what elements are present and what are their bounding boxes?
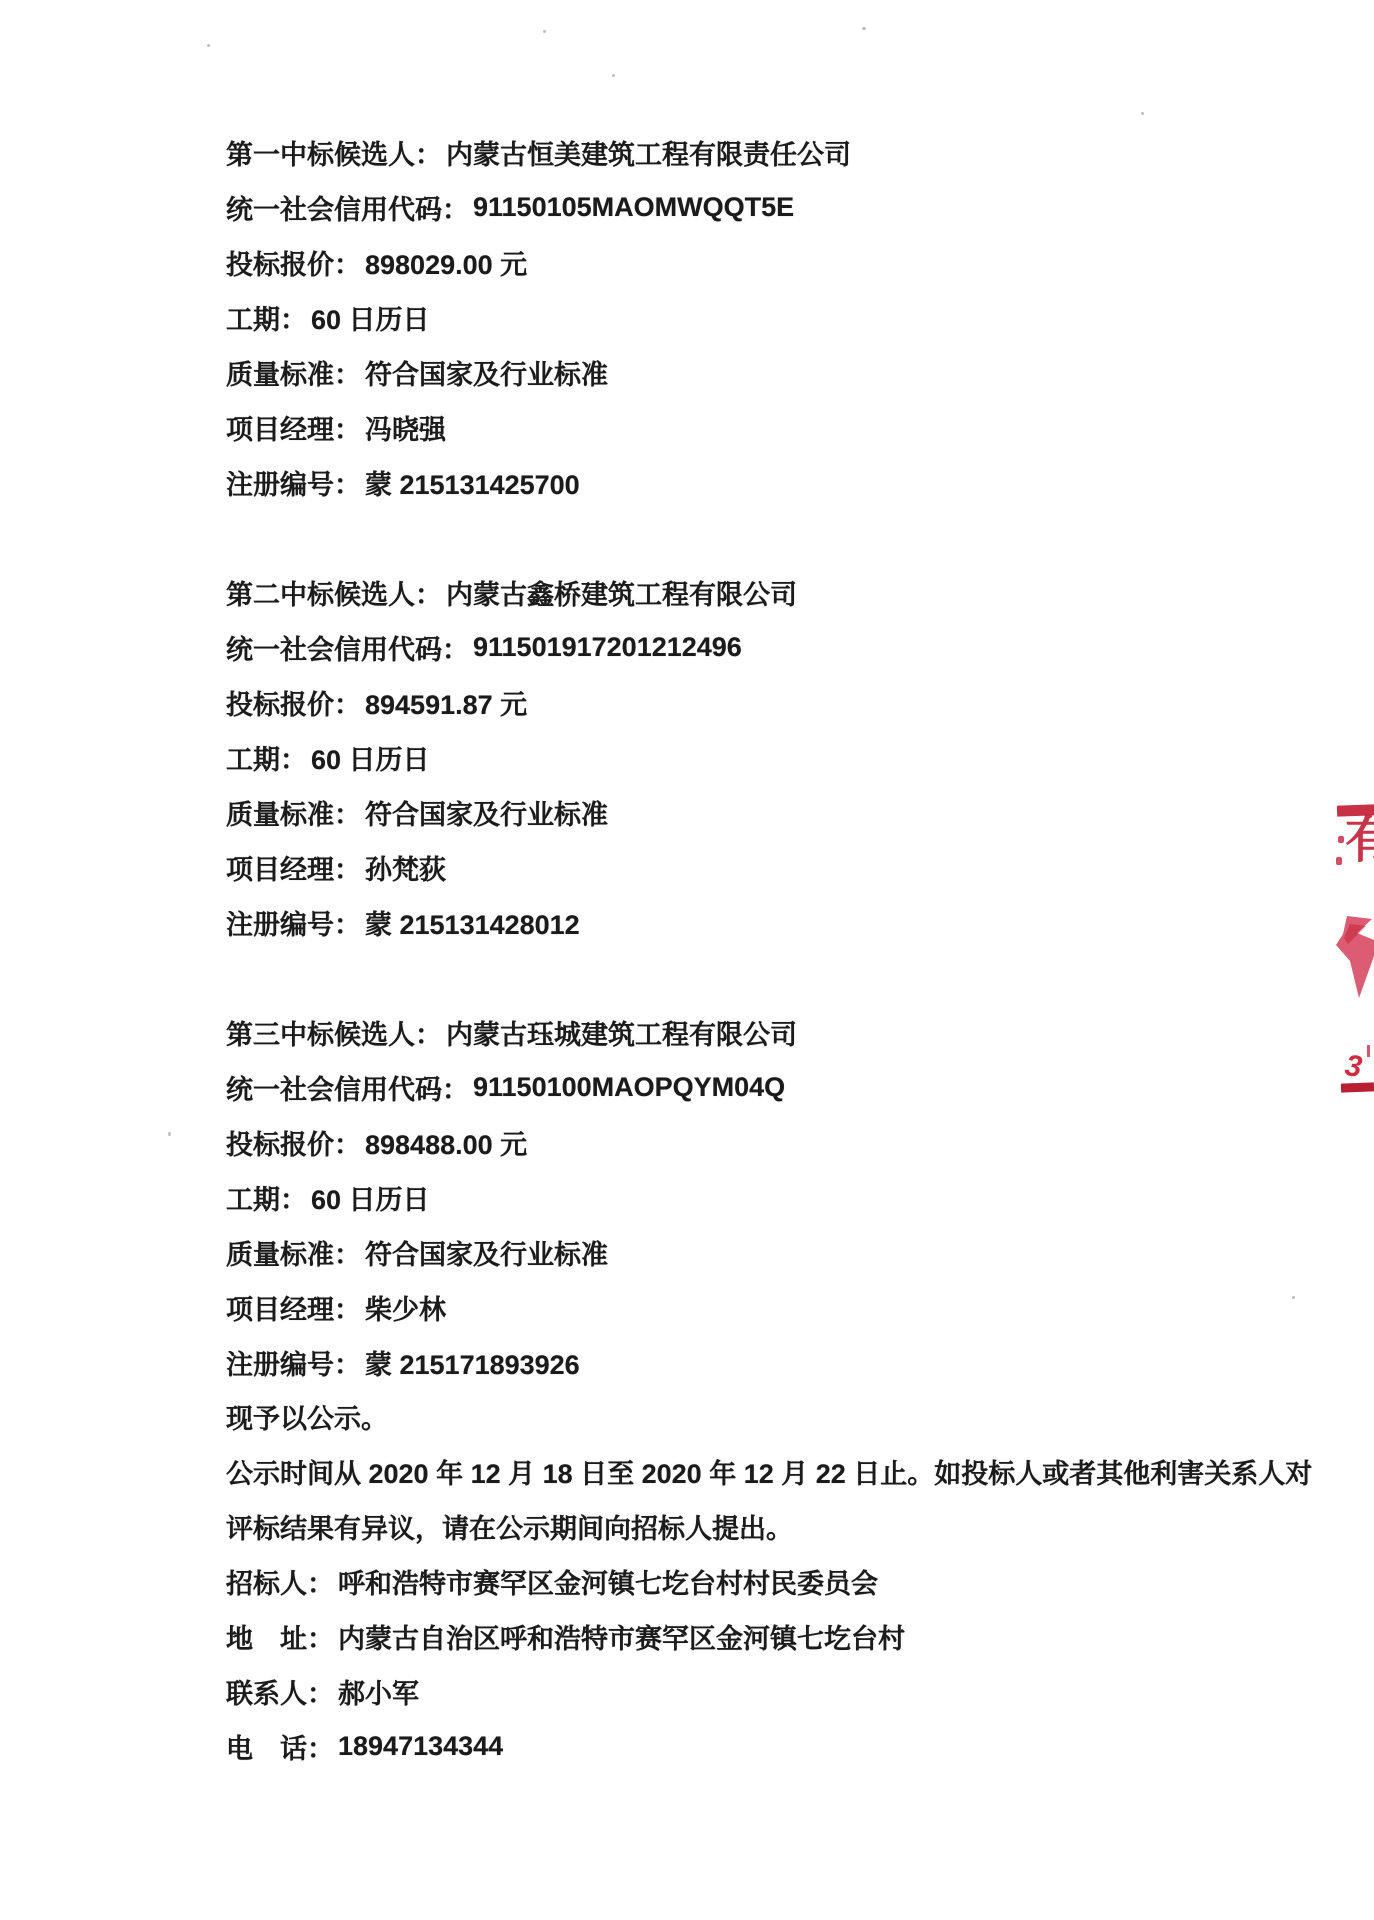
field-value: 冯晓强 xyxy=(365,408,446,447)
seal-character-fragment: 有 xyxy=(1345,812,1374,868)
field-value: 60 日历日 xyxy=(311,738,430,777)
phone-value: 18947134344 xyxy=(338,1731,503,1762)
field-line-duration: 工期：60 日历日 xyxy=(226,1170,797,1225)
field-line-duration: 工期：60 日历日 xyxy=(226,290,851,345)
field-value: 符合国家及行业标准 xyxy=(365,353,608,392)
candidate-heading: 第二中标候选人：内蒙古鑫桥建筑工程有限公司 xyxy=(226,565,797,620)
field-line-credit-code: 统一社会信用代码：91150100MAOPQYM04Q xyxy=(226,1060,797,1115)
field-label: 统一社会信用代码： xyxy=(226,628,469,667)
candidate-rank-label: 第一中标候选人： xyxy=(226,133,442,172)
scan-speck xyxy=(612,74,615,77)
scan-speck xyxy=(168,1132,171,1136)
address-line: 地 址：内蒙古自治区呼和浩特市赛罕区金河镇七圪台村 xyxy=(226,1609,1312,1664)
field-line-quality: 质量标准：符合国家及行业标准 xyxy=(226,785,797,840)
field-label: 质量标准： xyxy=(226,353,361,392)
field-line-quality: 质量标准：符合国家及行业标准 xyxy=(226,345,851,400)
field-label: 质量标准： xyxy=(226,793,361,832)
field-value: 柴少林 xyxy=(365,1288,446,1327)
field-label: 统一社会信用代码： xyxy=(226,188,469,227)
candidate-rank-label: 第二中标候选人： xyxy=(226,573,442,612)
candidate-company: 内蒙古珏城建筑工程有限公司 xyxy=(446,1013,797,1052)
field-line-duration: 工期：60 日历日 xyxy=(226,730,797,785)
field-label: 质量标准： xyxy=(226,1233,361,1272)
tenderer-line: 招标人：呼和浩特市赛罕区金河镇七圪台村村民委员会 xyxy=(226,1554,1312,1609)
candidate-block-1: 第一中标候选人：内蒙古恒美建筑工程有限责任公司 统一社会信用代码：9115010… xyxy=(226,125,851,510)
candidate-heading: 第一中标候选人：内蒙古恒美建筑工程有限责任公司 xyxy=(226,125,851,180)
candidate-heading: 第三中标候选人：内蒙古珏城建筑工程有限公司 xyxy=(226,1005,797,1060)
contact-label: 联系人： xyxy=(226,1672,334,1711)
phone-label: 电 话： xyxy=(226,1727,334,1766)
field-label: 注册编号： xyxy=(226,903,361,942)
tenderer-label: 招标人： xyxy=(226,1562,334,1601)
field-label: 工期： xyxy=(226,738,307,777)
field-line-bid-price: 投标报价：894591.87 元 xyxy=(226,675,797,730)
field-line-bid-price: 投标报价：898029.00 元 xyxy=(226,235,851,290)
field-line-credit-code: 统一社会信用代码：911501917201212496 xyxy=(226,620,797,675)
scan-speck xyxy=(262,802,265,805)
seal-ink-dot xyxy=(1338,836,1344,843)
field-label: 工期： xyxy=(226,298,307,337)
field-label: 统一社会信用代码： xyxy=(226,1068,469,1107)
candidate-rank-label: 第三中标候选人： xyxy=(226,1013,442,1052)
candidate-company: 内蒙古鑫桥建筑工程有限公司 xyxy=(446,573,797,612)
scan-speck xyxy=(207,44,210,47)
notice-block: 现予以公示。 公示时间从 2020 年 12 月 18 日至 2020 年 12… xyxy=(226,1389,1312,1774)
address-value: 内蒙古自治区呼和浩特市赛罕区金河镇七圪台村 xyxy=(338,1617,905,1656)
seal-squiggle-fragment: 3 xyxy=(1343,1049,1364,1085)
field-label: 注册编号： xyxy=(226,463,361,502)
scanned-document-page: 第一中标候选人：内蒙古恒美建筑工程有限责任公司 统一社会信用代码：9115010… xyxy=(0,0,1374,1920)
field-label: 投标报价： xyxy=(226,243,361,282)
candidate-block-3: 第三中标候选人：内蒙古珏城建筑工程有限公司 统一社会信用代码：91150100M… xyxy=(226,1005,797,1390)
field-value: 符合国家及行业标准 xyxy=(365,793,608,832)
field-label: 项目经理： xyxy=(226,1288,361,1327)
publicity-period-line-1: 公示时间从 2020 年 12 月 18 日至 2020 年 12 月 22 日… xyxy=(226,1444,1312,1499)
publicity-period-line-2: 评标结果有异议，请在公示期间向招标人提出。 xyxy=(226,1499,1312,1554)
candidate-block-2: 第二中标候选人：内蒙古鑫桥建筑工程有限公司 统一社会信用代码：911501917… xyxy=(226,565,797,950)
field-label: 注册编号： xyxy=(226,1343,361,1382)
seal-star-icon xyxy=(1336,914,1374,1000)
field-value: 蒙 215131425700 xyxy=(365,463,580,502)
contact-value: 郝小军 xyxy=(338,1672,419,1711)
field-value: 蒙 215171893926 xyxy=(365,1343,580,1382)
publicity-note: 现予以公示。 xyxy=(226,1389,1312,1444)
seal-bar-fragment xyxy=(1341,1082,1374,1092)
field-line-bid-price: 投标报价：898488.00 元 xyxy=(226,1115,797,1170)
seal-ink-dot xyxy=(1336,857,1342,865)
tenderer-value: 呼和浩特市赛罕区金河镇七圪台村村民委员会 xyxy=(338,1562,878,1601)
field-line-reg-no: 注册编号：蒙 215171893926 xyxy=(226,1335,797,1390)
field-value: 898488.00 元 xyxy=(365,1123,527,1162)
scan-speck xyxy=(543,30,546,33)
field-line-quality: 质量标准：符合国家及行业标准 xyxy=(226,1225,797,1280)
scan-speck xyxy=(1292,1296,1295,1299)
field-value: 60 日历日 xyxy=(311,298,430,337)
field-value: 60 日历日 xyxy=(311,1178,430,1217)
contact-line: 联系人：郝小军 xyxy=(226,1664,1312,1719)
scan-speck xyxy=(862,27,866,30)
scan-speck xyxy=(1141,112,1144,115)
field-value: 911501917201212496 xyxy=(473,632,742,663)
field-label: 项目经理： xyxy=(226,408,361,447)
field-value: 894591.87 元 xyxy=(365,683,527,722)
field-value: 91150105MAOMWQQT5E xyxy=(473,192,794,223)
address-label: 地 址： xyxy=(226,1617,334,1656)
field-value: 蒙 215131428012 xyxy=(365,903,580,942)
field-label: 投标报价： xyxy=(226,1123,361,1162)
field-line-manager: 项目经理：孙梵荻 xyxy=(226,840,797,895)
field-value: 符合国家及行业标准 xyxy=(365,1233,608,1272)
field-label: 项目经理： xyxy=(226,848,361,887)
field-line-reg-no: 注册编号：蒙 215131425700 xyxy=(226,455,851,510)
candidate-company: 内蒙古恒美建筑工程有限责任公司 xyxy=(446,133,851,172)
field-line-credit-code: 统一社会信用代码：91150105MAOMWQQT5E xyxy=(226,180,851,235)
field-line-manager: 项目经理：柴少林 xyxy=(226,1280,797,1335)
phone-line: 电 话：18947134344 xyxy=(226,1719,1312,1774)
field-label: 投标报价： xyxy=(226,683,361,722)
seal-ink-tick xyxy=(1367,1045,1370,1057)
field-label: 工期： xyxy=(226,1178,307,1217)
field-value: 898029.00 元 xyxy=(365,243,527,282)
field-value: 孙梵荻 xyxy=(365,848,446,887)
field-line-manager: 项目经理：冯晓强 xyxy=(226,400,851,455)
field-line-reg-no: 注册编号：蒙 215131428012 xyxy=(226,895,797,950)
field-value: 91150100MAOPQYM04Q xyxy=(473,1072,785,1103)
